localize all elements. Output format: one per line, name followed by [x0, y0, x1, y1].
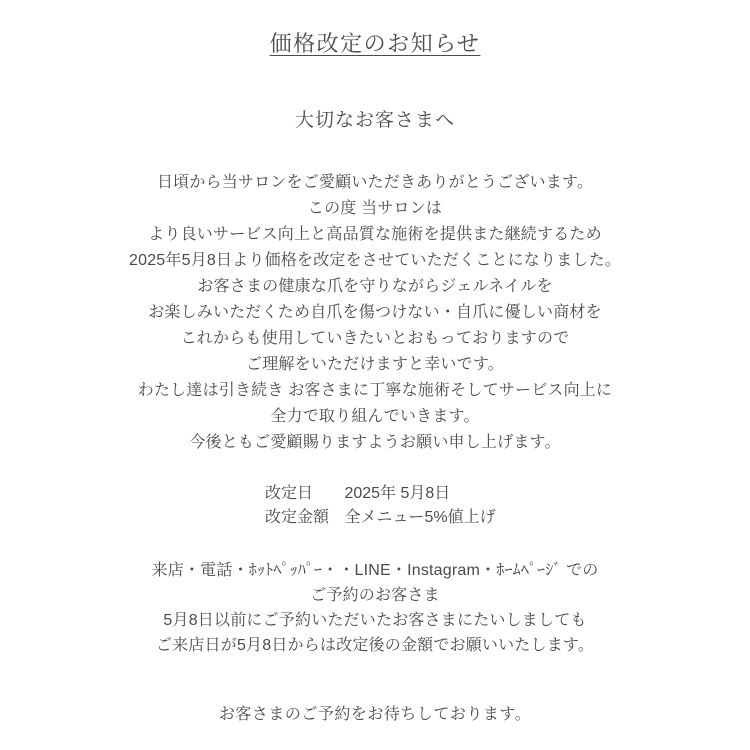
body-line: これからも使用していきたいとおもっておりますので — [0, 326, 750, 352]
booking-line: 5月8日以前にご予約いただいたお客さまにたいしましても — [0, 608, 750, 633]
revision-date-label: 改定日 — [265, 482, 340, 506]
body-line: お楽しみいただくため自爪を傷つけない・自爪に優しい商材を — [0, 300, 750, 326]
page-title-wrap: 価格改定のお知らせ — [0, 27, 750, 58]
body-line: この度 当サロンは — [0, 196, 750, 222]
body-line: 全力で取り組んでいきます。 — [0, 404, 750, 430]
revision-amount-label: 改定金額 — [265, 506, 340, 530]
page-title: 価格改定のお知らせ — [270, 31, 481, 56]
revision-amount-value: 全メニュー5%値上げ — [344, 506, 495, 530]
revision-amount-row: 改定金額 全メニュー5%値上げ — [265, 506, 496, 530]
revision-date-value: 2025年 5月8日 — [344, 482, 450, 506]
booking-paragraph: 来店・電話・ﾎｯﾄﾍﾟｯﾊﾟｰ・・LINE・Instagram・ﾎｰﾑﾍﾟｰｼﾞ… — [0, 558, 750, 658]
booking-line: ご来店日が5月8日からは改定後の金額でお願いいたします。 — [0, 633, 750, 658]
salutation: 大切なお客さまへ — [0, 105, 750, 132]
body-line: 今後ともご愛顧賜りますようお願い申し上げます。 — [0, 430, 750, 456]
body-line: ご理解をいただけますと幸いです。 — [0, 352, 750, 378]
body-line: より良いサービス向上と高品質な施術を提供また継続するため — [0, 222, 750, 248]
revision-date-row: 改定日 2025年 5月8日 — [265, 482, 496, 506]
notice-page: 価格改定のお知らせ 大切なお客さまへ 日頃から当サロンをご愛顧いただきありがとう… — [0, 0, 750, 750]
booking-line: 来店・電話・ﾎｯﾄﾍﾟｯﾊﾟｰ・・LINE・Instagram・ﾎｰﾑﾍﾟｰｼﾞ… — [0, 558, 750, 583]
body-line: 2025年5月8日より価格を改定をさせていただくことになりました。 — [0, 248, 750, 274]
body-line: 日頃から当サロンをご愛顧いただきありがとうございます。 — [0, 170, 750, 196]
closing-message: お客さまのご予約をお待ちしております。 — [0, 701, 750, 724]
body-line: お客さまの健康な爪を守りながらジェルネイルを — [0, 274, 750, 300]
booking-line: ご予約のお客さま — [0, 583, 750, 608]
body-line: わたし達は引き続き お客さまに丁寧な施術そしてサービス向上に — [0, 378, 750, 404]
revision-details: 改定日 2025年 5月8日 改定金額 全メニュー5%値上げ — [265, 482, 496, 530]
body-paragraph: 日頃から当サロンをご愛顧いただきありがとうございます。 この度 当サロンは より… — [0, 170, 750, 456]
